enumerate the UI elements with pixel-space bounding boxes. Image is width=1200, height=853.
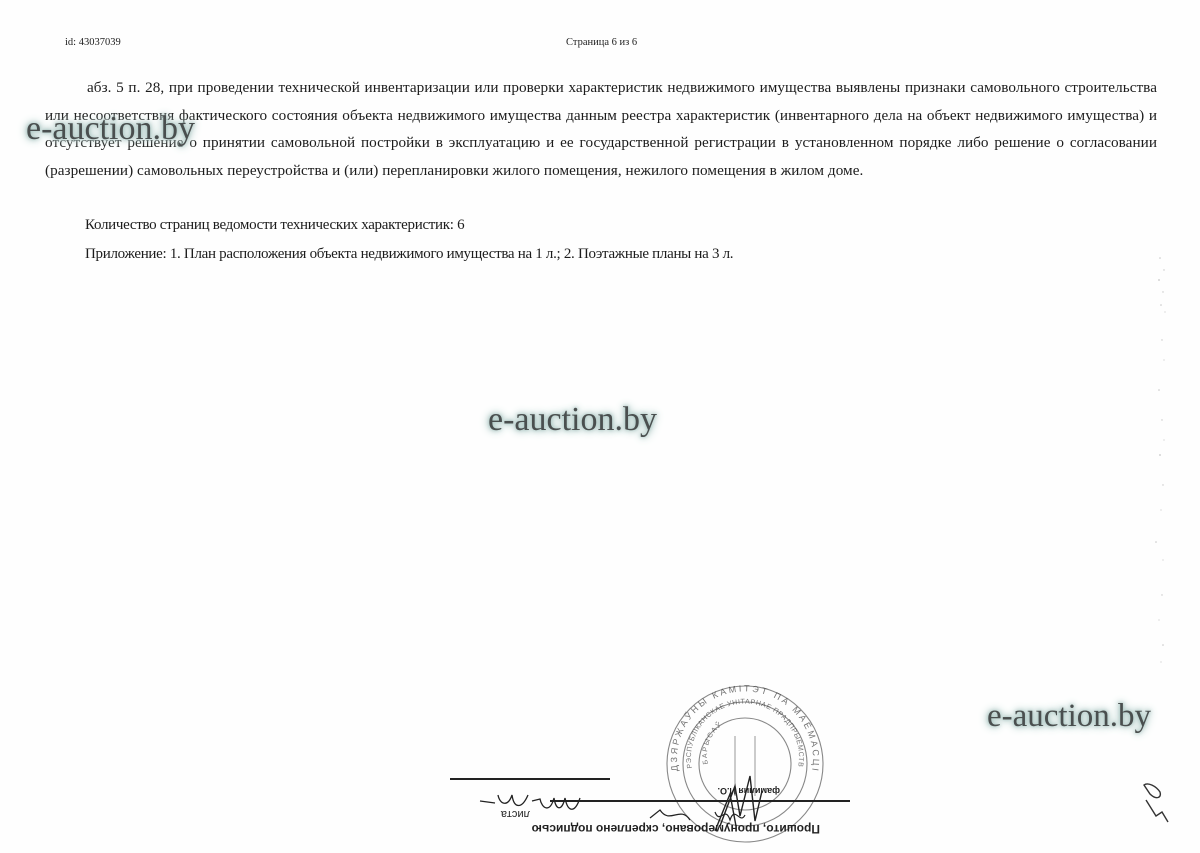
binding-name-label: фамилия И.О. — [717, 786, 780, 796]
watermark-top-left: e-auction.by — [26, 110, 195, 148]
binding-rule-bottom — [450, 779, 610, 781]
svg-text:БАРЫСАЎ: БАРЫСАЎ — [702, 719, 724, 765]
watermark-bottom-right: e-auction.by — [987, 698, 1151, 735]
corner-page-mark — [1140, 780, 1180, 830]
watermark-center: e-auction.by — [488, 401, 657, 439]
scan-noise — [1150, 250, 1180, 670]
page-count-line: Количество страниц ведомости технических… — [85, 217, 464, 234]
appendix-line: Приложение: 1. План расположения объекта… — [85, 246, 733, 263]
document-id: id: 43037039 — [65, 37, 121, 48]
document-page: id: 43037039 Страница 6 из 6 абз. 5 п. 2… — [0, 0, 1200, 853]
handwritten-count — [640, 800, 750, 830]
body-paragraph: абз. 5 п. 28, при проведении технической… — [45, 74, 1157, 184]
handwritten-signature — [470, 783, 590, 823]
page-indicator: Страница 6 из 6 — [566, 37, 637, 48]
